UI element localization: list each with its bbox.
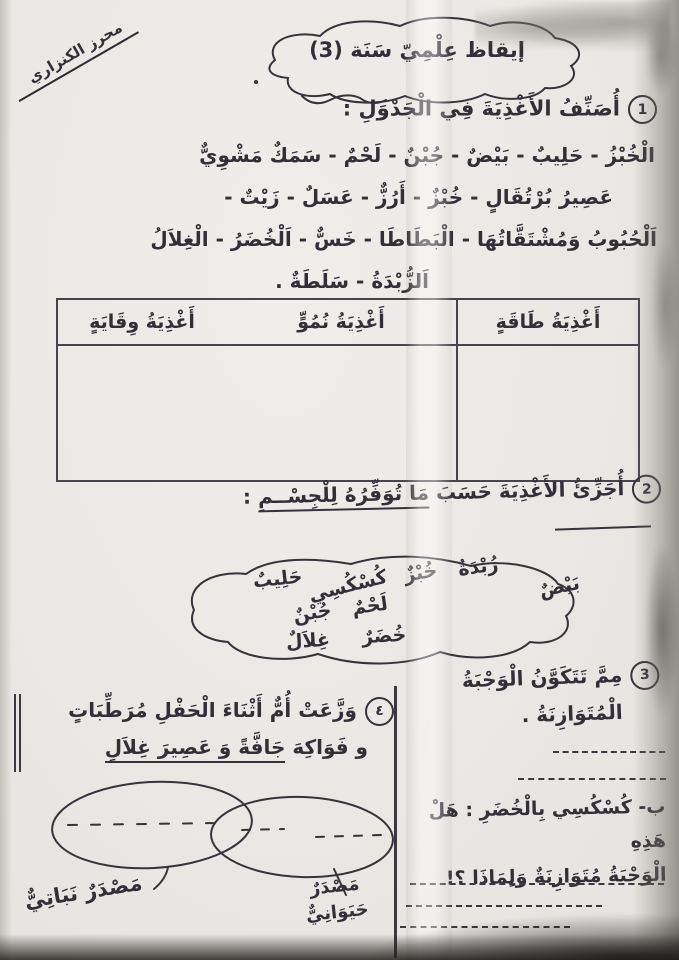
question-3-text: مِمَّ تَتَكَوَّنُ الْوَجْبَةُ xyxy=(461,663,622,693)
food-list: الْخُبْزُ - حَلِيبٌ - بَيْضٌ - جُبْنٌ - … xyxy=(26,134,657,302)
question-4: ٤وَزَّعَتْ أُمٌّ أَثْنَاءَ الْحَفْلِ مُر… xyxy=(22,692,394,766)
bubble-word-bread: خُبْزٌ xyxy=(402,559,439,586)
question-4-line-2: و فَوَاكِهَ جَافَّةً وَ عَصِيرَ غِلاَلٍ xyxy=(22,729,394,766)
question-4-underlined-phrase: جَافَّةً وَ عَصِيرَ غِلاَلٍ xyxy=(105,735,286,763)
scan-artifact-left-edge xyxy=(0,0,12,960)
question-1: 1أُصَنِّفُ الأَغْذِيَةَ فِي الْجَدْوَلِ … xyxy=(343,95,657,124)
table-column-growth: أَغْذِيَةُ نُمُوٍّ xyxy=(226,300,456,480)
teacher-name: محرز الكنزاري xyxy=(8,12,139,102)
bubble-word-fruits: غِلاَلٌ xyxy=(285,629,330,653)
bubble-word-cheese: جُبْنٌ xyxy=(291,599,333,627)
answer-dashes xyxy=(410,883,664,885)
question-1-number: 1 xyxy=(628,95,657,124)
question-2-second-underline xyxy=(555,525,651,530)
question-2-number: 2 xyxy=(632,474,662,504)
table-cell-protection-empty xyxy=(58,346,226,480)
scan-artifact-corner-shadow xyxy=(369,914,679,960)
venn-left-ellipse xyxy=(50,777,254,873)
venn-label-animal-source: مَصْدَرٌ حَيَوَانِيٌّ xyxy=(288,869,385,931)
question-2-colon: : xyxy=(242,485,251,509)
table-column-protection: أَغْذِيَةُ وِقَايَةٍ xyxy=(58,300,226,480)
question-4-text: وَزَّعَتْ أُمٌّ أَثْنَاءَ الْحَفْلِ مُرَ… xyxy=(68,698,357,722)
food-line: اَلزُّبْدَةُ - سَلَطَةٌ . xyxy=(26,260,657,302)
food-line: اَلْحُبُوبُ وَمُشْتَقَّاتُهَا - الْبَطَا… xyxy=(26,218,657,260)
question-1-prompt: أُصَنِّفُ الأَغْذِيَةَ فِي الْجَدْوَلِ : xyxy=(343,97,620,121)
answer-dashes xyxy=(400,926,570,928)
classification-table: أَغْذِيَةُ طَاقَةٍ أَغْذِيَةُ نُمُوٍّ أَ… xyxy=(56,298,640,482)
question-3-line-2: الْمُتَوَازِنَةُ . xyxy=(398,692,661,738)
food-line: الْخُبْزُ - حَلِيبٌ - بَيْضٌ - جُبْنٌ - … xyxy=(26,134,657,176)
table-cell-growth-empty xyxy=(226,346,456,480)
question-4-line-1: ٤وَزَّعَتْ أُمٌّ أَثْنَاءَ الْحَفْلِ مُر… xyxy=(22,692,394,729)
worksheet-title: إيقاظ عِلْمِيّ سَنَة (3) xyxy=(262,38,572,62)
teacher-name-stamp: محرز الكنزاري xyxy=(8,12,136,96)
bubble-word-eggs: بَيْضٌ xyxy=(537,572,581,602)
answer-dashes xyxy=(518,778,666,780)
question-b-line-1: ب- كُسْكُسِي بِالْخُضَرِ : هَلْ هَذِهِ xyxy=(397,790,666,863)
question-b-line-2: الْوَجْبَةُ مُتَوَازِنَةٌ وَلِمَاذَا ؟! xyxy=(398,858,667,897)
question-b: ب- كُسْكُسِي بِالْخُضَرِ : هَلْ هَذِهِ ا… xyxy=(397,790,667,897)
venn-left-leader-line xyxy=(154,867,168,889)
bubble-word-milk: حَلِيبٌ xyxy=(252,565,303,592)
venn-right-ellipse xyxy=(210,794,395,880)
bubble-word-vegetables: خُضَرٌ xyxy=(361,624,406,648)
food-bubble-words: حَلِيبٌ كُسْكُسِي خُبْزٌ زُبْدَةٌ بَيْضٌ… xyxy=(176,548,580,678)
question-4-number: ٤ xyxy=(365,697,394,726)
table-header-growth-foods: أَغْذِيَةُ نُمُوٍّ xyxy=(226,300,456,346)
question-2-underlined-phrase: مَا تُوَفِّرُهُ لِلْجِسْــمِ xyxy=(257,481,429,513)
answer-dashes xyxy=(406,905,602,907)
answer-dashes xyxy=(553,751,665,753)
bubble-word-meat: لَحْمٌ xyxy=(351,593,389,620)
scan-artifact-dark-blob xyxy=(645,15,677,95)
table-header-energy-foods: أَغْذِيَةُ طَاقَةٍ xyxy=(458,300,638,346)
table-cell-energy-empty xyxy=(458,346,638,480)
question-4-text-continued: و فَوَاكِهَ xyxy=(292,735,368,759)
question-3-number: 3 xyxy=(630,660,660,690)
scanned-worksheet-page: محرز الكنزاري إيقاظ عِلْمِيّ سَنَة (3) 1… xyxy=(0,0,679,960)
question-3: 3مِمَّ تَتَكَوَّنُ الْوَجْبَةُ الْمُتَوَ… xyxy=(397,655,661,738)
table-column-energy: أَغْذِيَةُ طَاقَةٍ xyxy=(456,300,638,480)
question-2-prompt: أُجَزِّئُ الأَغْذِيَةَ حَسَبَ xyxy=(435,476,624,504)
bubble-word-butter: زُبْدَةٌ xyxy=(457,553,500,580)
table-header-protection-foods: أَغْذِيَةُ وِقَايَةٍ xyxy=(58,300,226,346)
scan-artifact-bottom-shadow xyxy=(0,934,679,960)
food-line: عَصِيرُ بُرْتُقَالٍ - خُبْزٌ - أَرُزٌّ -… xyxy=(26,176,657,218)
